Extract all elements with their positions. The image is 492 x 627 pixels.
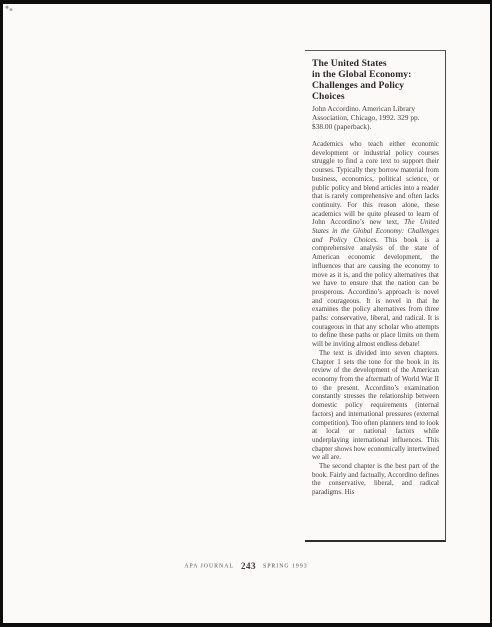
book-citation: John Accordino. American Library Associa… bbox=[312, 104, 439, 131]
title-line: Choices bbox=[312, 91, 439, 102]
scan-edge-left bbox=[0, 0, 3, 627]
book-review-title: The United States in the Global Economy:… bbox=[312, 58, 439, 102]
scan-corner-smudge bbox=[4, 4, 14, 12]
review-paragraph-1: Academics who teach either economic deve… bbox=[312, 140, 439, 349]
footer-issue: SPRING 1993 bbox=[263, 564, 308, 570]
review-paragraph-3: The second chapter is the best part of t… bbox=[312, 462, 439, 497]
paragraph-1-before-title: Academics who teach either economic deve… bbox=[312, 140, 439, 226]
scan-edge-top bbox=[0, 0, 492, 4]
title-line: The United States bbox=[312, 58, 439, 69]
scanned-journal-page: The United States in the Global Economy:… bbox=[0, 0, 492, 627]
footer-journal-name: APA JOURNAL bbox=[184, 564, 234, 570]
title-line: Challenges and Policy bbox=[312, 80, 439, 91]
review-body-text: Academics who teach either economic deve… bbox=[312, 140, 439, 497]
title-line: in the Global Economy: bbox=[312, 69, 439, 80]
paragraph-1-after-title: This book is a comprehensive analysis of… bbox=[312, 236, 439, 348]
review-paragraph-2: The text is divided into seven chapters.… bbox=[312, 349, 439, 462]
book-review-column: The United States in the Global Economy:… bbox=[305, 50, 446, 542]
running-footer: APA JOURNAL 243 SPRING 1993 bbox=[0, 556, 492, 574]
footer-page-number: 243 bbox=[241, 561, 256, 571]
scan-edge-bottom bbox=[0, 623, 492, 627]
